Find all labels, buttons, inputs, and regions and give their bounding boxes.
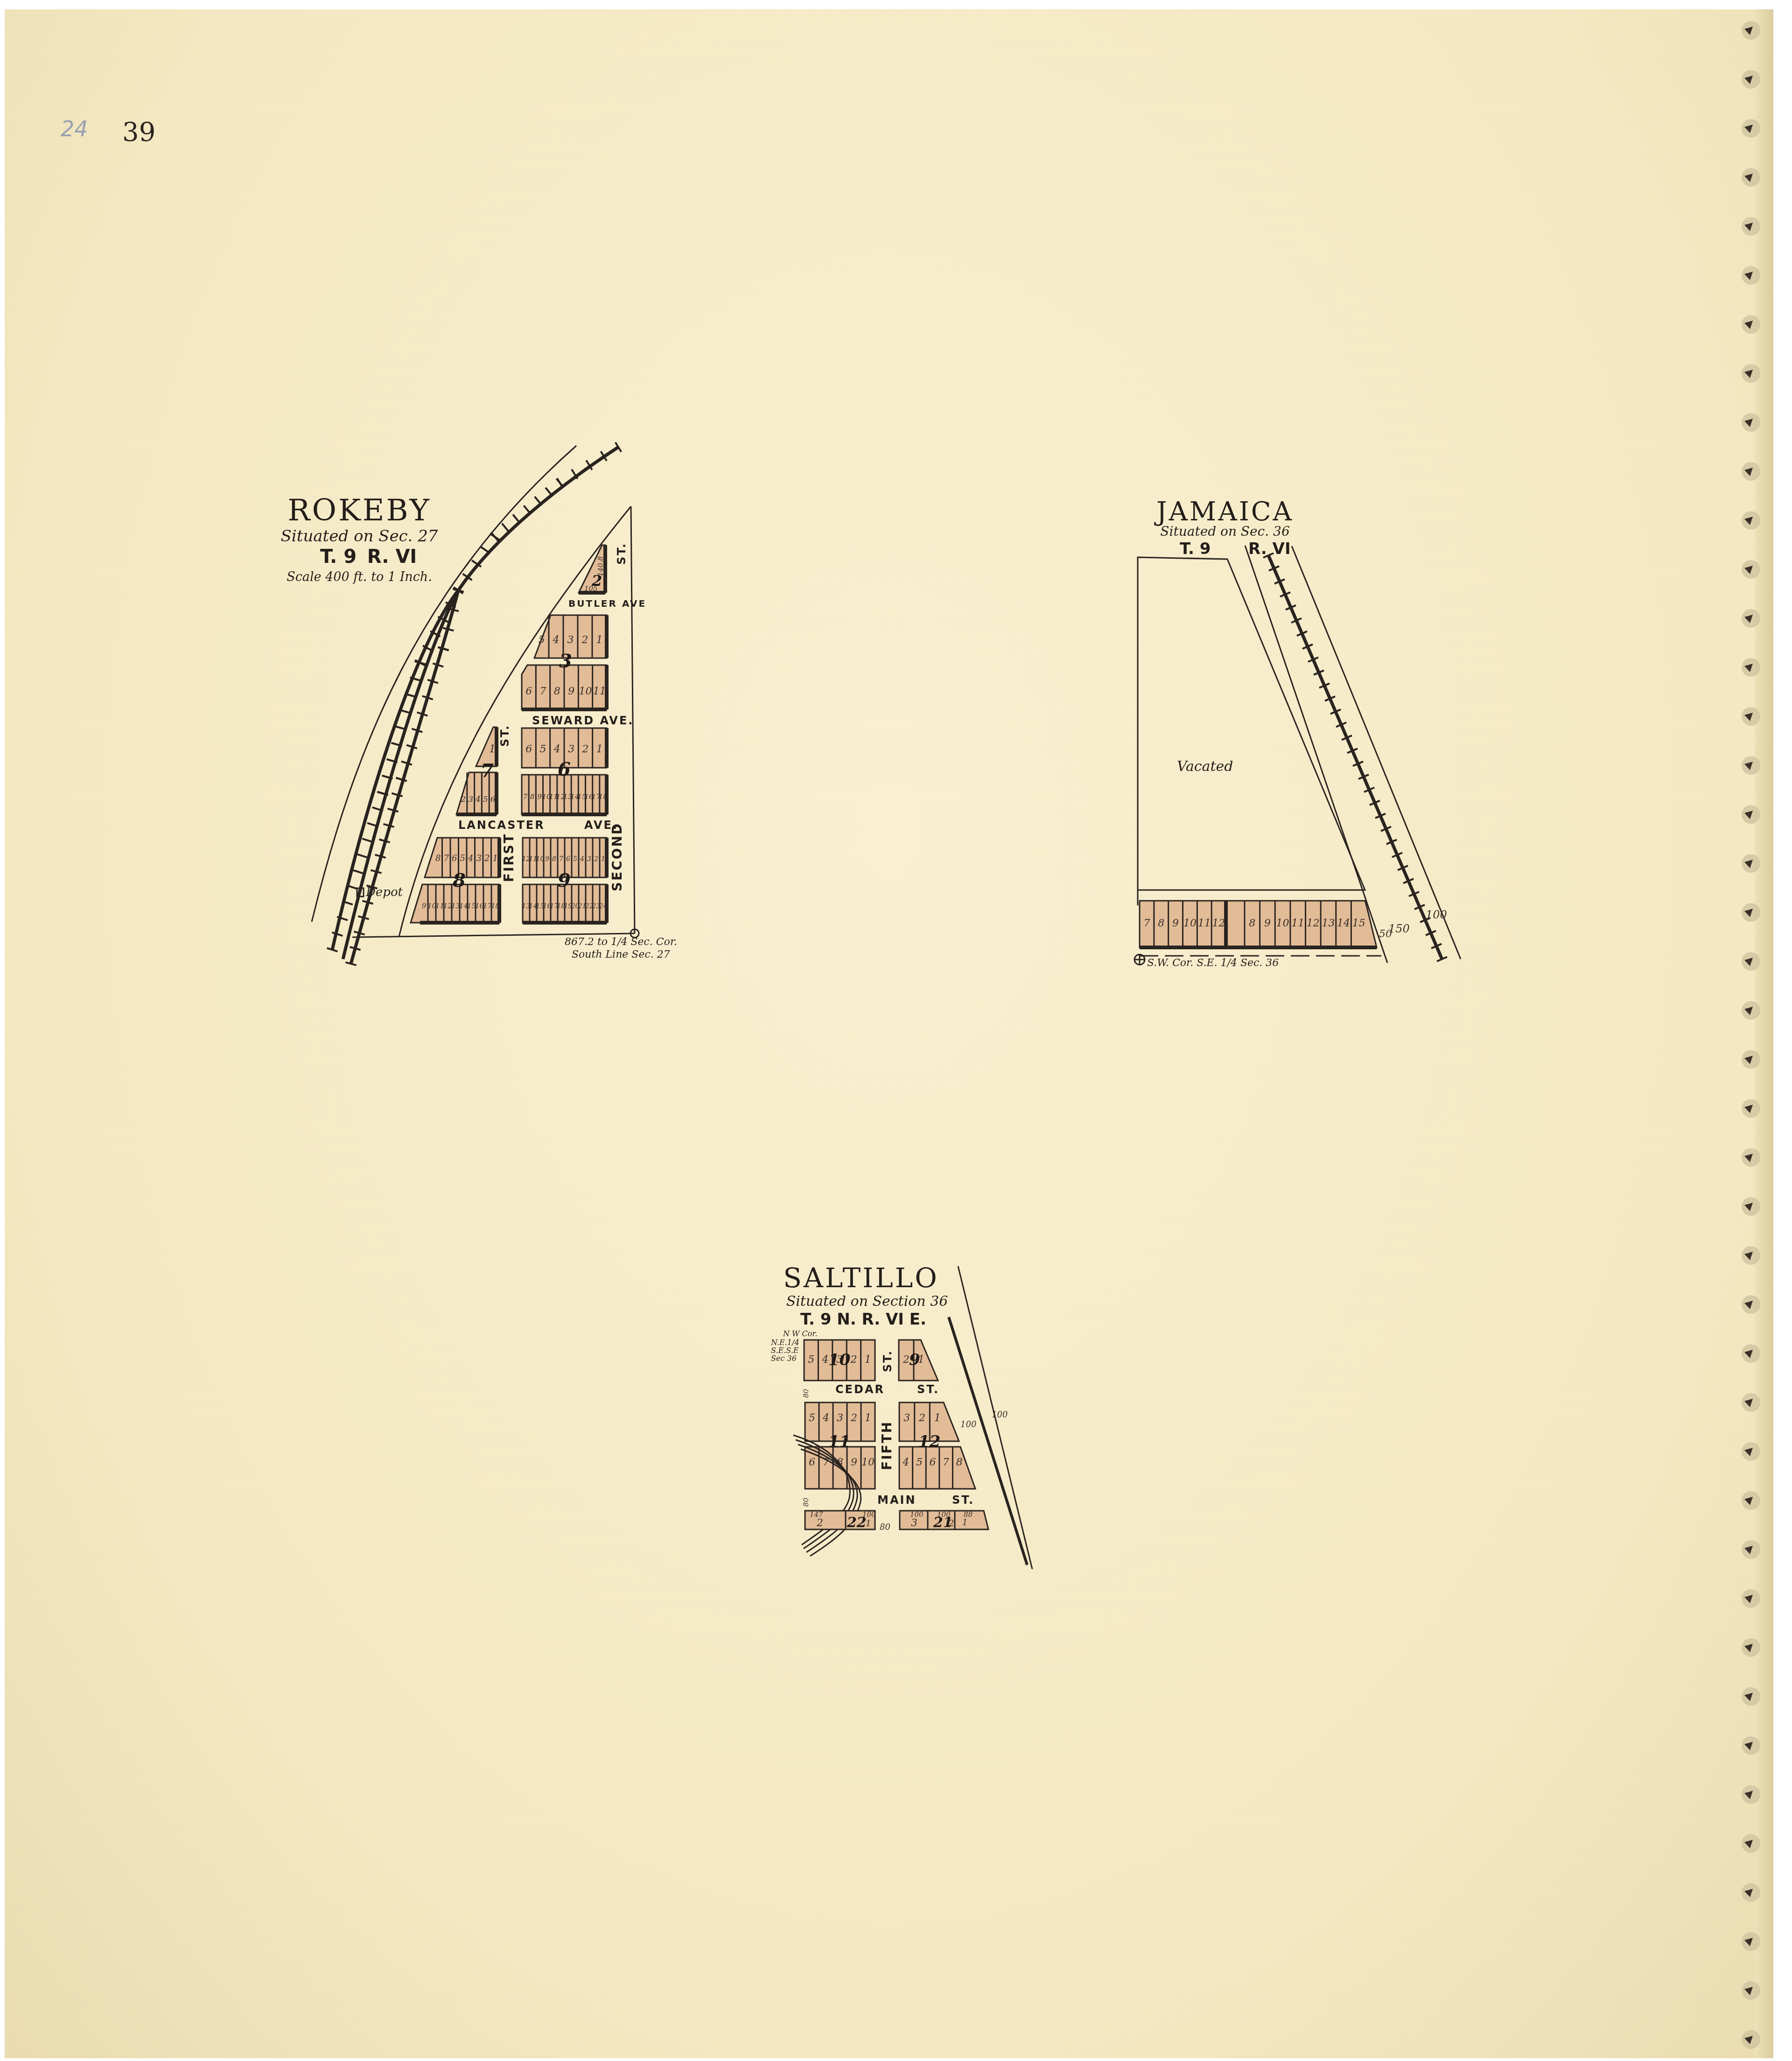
lot-number: 5 <box>916 1457 923 1468</box>
dim-label: 100 <box>910 1510 924 1519</box>
corner-note: N W Cor. <box>783 1329 817 1338</box>
lot-number: 5 <box>540 743 546 755</box>
lot-number: 3 <box>468 795 473 804</box>
street-butler-ave: BUTLER AVE <box>568 598 646 609</box>
jamaica-situated: Situated on Sec. 36 <box>1160 524 1289 539</box>
lot-number: 6 <box>809 1457 815 1468</box>
lot-number: 3 <box>567 634 574 646</box>
rokeby-title: ROKEBY <box>287 493 431 528</box>
lot-number: 3 <box>903 1412 910 1424</box>
lot-number: 9 <box>851 1457 857 1468</box>
jamaica-title: JAMAICA <box>1154 497 1294 527</box>
saltillo-township-range: T. 9 N. R. VI E. <box>800 1310 926 1329</box>
south-line-note: South Line Sec. 27 <box>572 949 670 960</box>
lot-number: 2 <box>903 1354 910 1366</box>
dim-label: 80 <box>880 1522 890 1532</box>
lot-number: 4 <box>902 1457 909 1468</box>
lot-number: 3 <box>837 1412 843 1424</box>
rokeby-township: T. 9 <box>320 546 357 568</box>
block-label: 9 <box>909 1351 920 1369</box>
lot-number: 2 <box>581 634 588 646</box>
lot-number: 10 <box>1276 918 1289 929</box>
dim-label: 80 <box>802 1497 810 1507</box>
saltillo-map: SALTILLO Situated on Section 36 T. 9 N. … <box>770 1262 1032 1569</box>
lot-number: 7 <box>943 1457 949 1468</box>
block-12-south <box>899 1447 975 1489</box>
lot-number: 8 <box>552 855 556 863</box>
lot-number: 4 <box>553 743 560 755</box>
lot-number: 14 <box>1337 918 1350 929</box>
lot-number: 2 <box>484 854 490 863</box>
lot-number: 1 <box>493 854 498 863</box>
street-fifth-st: ST. <box>881 1350 894 1372</box>
lot-number: 1 <box>866 1519 871 1528</box>
lot-number: 12 <box>1307 918 1320 929</box>
railroad <box>1268 555 1442 959</box>
lot-number: 9 <box>545 855 549 863</box>
corner-note: 867.2 to 1/4 Sec. Cor. <box>565 936 677 948</box>
lot-number: 6 <box>930 1457 936 1468</box>
lot-number: 2 <box>918 1412 925 1424</box>
street-first-st: ST. <box>498 724 511 747</box>
dim-label: 80 <box>802 1388 810 1398</box>
street-cedar: CEDAR <box>835 1383 885 1396</box>
street-cedar-st: ST. <box>917 1383 939 1396</box>
lot-number: 15 <box>1352 918 1365 929</box>
pencil-note: 24 <box>61 116 88 141</box>
street-main: MAIN <box>877 1493 916 1507</box>
lot-number: 7 <box>559 855 563 863</box>
dim-label: 100 <box>1426 908 1447 921</box>
block-label: 9 <box>558 869 571 891</box>
jamaica-map: JAMAICA Situated on Sec. 36 T. 9 R. VI V… <box>1134 497 1461 969</box>
dim-label: 100 <box>992 1410 1008 1420</box>
lot-number: 5 <box>460 854 465 863</box>
lot-number: 10 <box>1183 918 1197 929</box>
dim-label: 140.8 <box>596 556 605 576</box>
lot-number: 1 <box>601 855 605 863</box>
rokeby-situated: Situated on Sec. 27 <box>281 527 438 546</box>
lot-number: 4 <box>580 855 584 863</box>
lot-number: 3 <box>911 1517 917 1529</box>
saltillo-situated: Situated on Section 36 <box>786 1293 948 1310</box>
block-label: 3 <box>559 650 572 672</box>
lot-number: 6 <box>525 686 532 697</box>
lot-number: 6 <box>452 854 457 863</box>
lot-number: 6 <box>566 855 570 863</box>
page-number: 39 <box>122 117 155 147</box>
lot-number: 1 <box>865 1354 871 1366</box>
lot-number: 6 <box>525 743 532 755</box>
lot-number: 10 <box>579 686 592 697</box>
lot-number: 2 <box>850 1354 857 1366</box>
street-main-st: ST. <box>952 1493 974 1507</box>
lot-number: 10 <box>861 1457 875 1468</box>
rokeby-map: ROKEBY Situated on Sec. 27 T. 9 R. VI Sc… <box>281 442 677 965</box>
lot-number: 11 <box>1198 918 1211 929</box>
street-seward-ave: SEWARD AVE. <box>532 714 634 727</box>
block-label: 6 <box>558 758 571 780</box>
vacated-label: Vacated <box>1177 758 1233 775</box>
corner-note: S.W. Cor. S.E. 1/4 Sec. 36 <box>1147 957 1279 969</box>
lot-number: 8 <box>554 686 560 697</box>
map-canvas: 24 39 ROKEBY Situated on Sec. 27 T. 9 R.… <box>0 0 1792 2061</box>
lot-number: 4 <box>468 854 473 863</box>
lot-number: 2 <box>594 855 598 863</box>
lot-number: 1 <box>865 1412 871 1424</box>
lot-number: 11 <box>1291 918 1304 929</box>
lot-number: 4 <box>822 1412 829 1424</box>
lot-number: 7 <box>444 854 449 863</box>
lot-number: 8 <box>530 792 535 801</box>
lot-number: 7 <box>1143 918 1150 929</box>
lot-number: 2 <box>582 743 589 755</box>
depot-label: Depot <box>365 885 403 899</box>
corner-note: Sec 36 <box>771 1354 797 1363</box>
street-second: SECOND <box>609 822 625 891</box>
lot-number: 1 <box>962 1518 967 1528</box>
lot-number: 5 <box>808 1354 814 1366</box>
lot-number: 7 <box>523 792 528 801</box>
block-label: 8 <box>452 869 466 891</box>
street-lancaster: LANCASTER <box>458 819 545 832</box>
dim-label: 100 <box>862 1510 876 1519</box>
lot-number: 2 <box>460 795 466 804</box>
dim-label: 147 <box>810 1510 823 1519</box>
binding-holes <box>1742 21 1760 2049</box>
street-fifth: FIFTH <box>879 1421 895 1470</box>
lot-number: 8 <box>1158 918 1164 929</box>
svg-text:1: 1 <box>489 743 496 755</box>
block-label: 10 <box>828 1351 851 1369</box>
lot-number: 5 <box>573 855 577 863</box>
block-label: 7 <box>481 760 494 782</box>
lot-number: 13 <box>1322 918 1335 929</box>
lot-number: 4 <box>553 634 560 646</box>
dim-label: 105 <box>584 584 598 593</box>
lot-number: 9 <box>537 792 542 801</box>
dim-label: 150 <box>1388 922 1410 935</box>
block-label: 11 <box>828 1432 850 1451</box>
lot-number: 7 <box>540 686 546 697</box>
lot-number: 12 <box>1212 918 1225 929</box>
lot-number: 3 <box>568 743 574 755</box>
saltillo-title: SALTILLO <box>783 1262 939 1294</box>
right-of-way-line <box>1292 546 1461 959</box>
lot-number: 3 <box>476 854 482 863</box>
dim-label: 88 <box>964 1510 973 1519</box>
rokeby-scale: Scale 400 ft. to 1 Inch. <box>287 570 432 584</box>
lot-number: 5 <box>809 1412 815 1424</box>
lot-number: 2 <box>850 1412 857 1424</box>
lot-number: 1 <box>596 634 603 646</box>
lot-number: 3 <box>587 855 591 863</box>
lot-number: 8 <box>956 1457 963 1468</box>
lot-number: 11 <box>593 686 606 697</box>
lot-number: 4 <box>475 795 481 804</box>
lot-number: 9 <box>422 902 427 910</box>
dim-label: 100 <box>960 1420 976 1430</box>
rokeby-range: R. VI <box>367 546 417 568</box>
lot-number: 1 <box>596 743 603 755</box>
lot-number: 4 <box>822 1354 829 1366</box>
dim-label: 100 <box>937 1510 951 1519</box>
lot-number: 9 <box>1172 918 1179 929</box>
lot-number: 1 <box>934 1412 941 1424</box>
street-first: FIRST <box>501 833 517 882</box>
lot-number: 8 <box>435 854 441 863</box>
lot-number: 9 <box>1264 918 1271 929</box>
lot-number: 2 <box>816 1517 823 1529</box>
lot-number: 5 <box>539 634 545 646</box>
block-label: 12 <box>918 1432 940 1451</box>
street-second-st: ST. <box>615 542 628 565</box>
lot-number: 9 <box>568 686 574 697</box>
lot-number: 8 <box>1249 918 1255 929</box>
vacated-area <box>1138 557 1365 905</box>
lot-number: 5 <box>483 795 488 804</box>
jamaica-township: T. 9 <box>1180 540 1211 558</box>
lot-number: 2 <box>948 1519 954 1528</box>
